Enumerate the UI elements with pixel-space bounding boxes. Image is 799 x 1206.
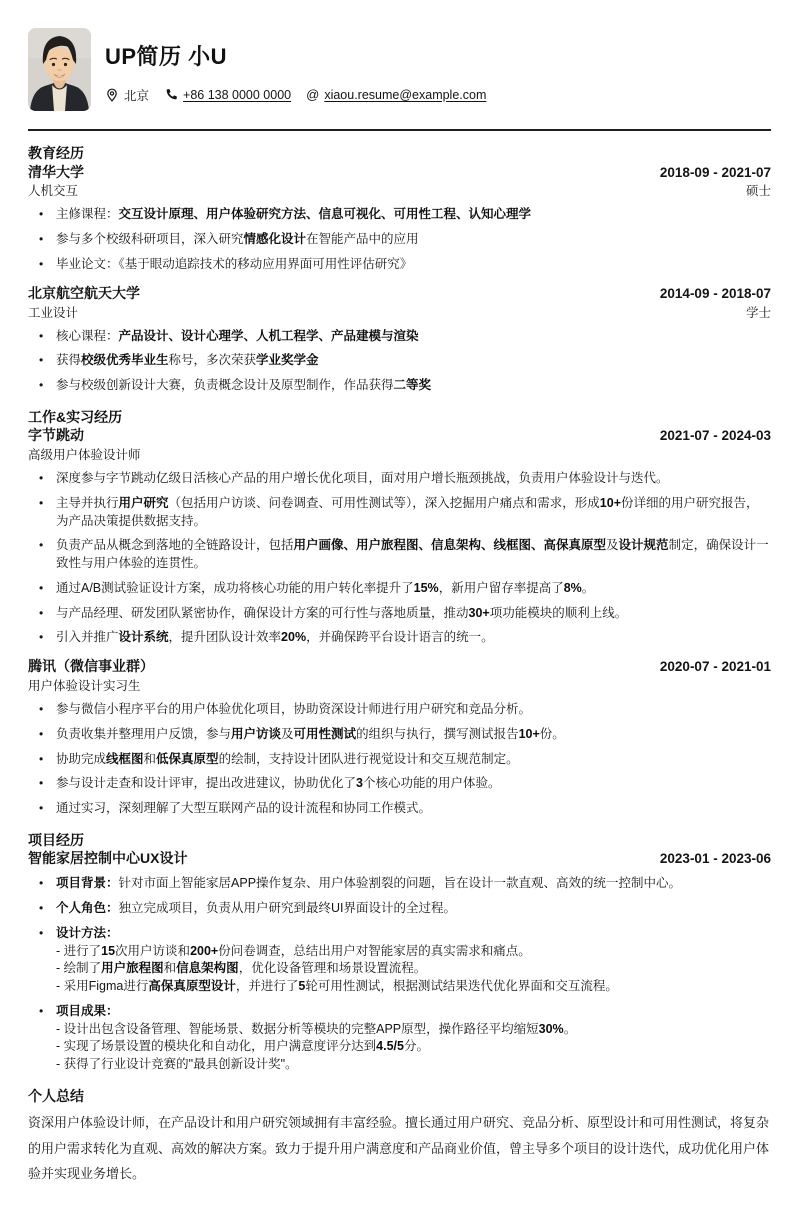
candidate-name: UP简历 小U <box>105 40 486 71</box>
resume-header: UP简历 小U 北京 <box>28 28 771 111</box>
section-title-work: 工作&实习经历 <box>28 409 771 427</box>
section-title-education: 教育经历 <box>28 145 771 163</box>
at-icon: @ <box>306 88 319 102</box>
education-entry-beihang: 北京航空航天大学 2014-09 - 2018-07 工业设计 学士 核心课程：… <box>28 285 771 395</box>
bullet-item: 负责收集并整理用户反馈，参与用户访谈及可用性测试的组织与执行，撰写测试报告10+… <box>28 726 771 744</box>
contact-row: 北京 +86 138 0000 0000 @ xiaou.resume@exam… <box>105 86 486 104</box>
bullet-item: 与产品经理、研发团队紧密协作，确保设计方案的可行性与落地质量，推动30+项功能模… <box>28 605 771 623</box>
bullet-list: 参与微信小程序平台的用户体验优化项目，协助资深设计师进行用户研究和竞品分析。负责… <box>28 701 771 818</box>
bullet-item: 参与微信小程序平台的用户体验优化项目，协助资深设计师进行用户研究和竞品分析。 <box>28 701 771 719</box>
bullet-item: 主修课程：交互设计原理、用户体验研究方法、信息可视化、可用性工程、认知心理学 <box>28 206 771 224</box>
work-section: 工作&实习经历 字节跳动 2021-07 - 2024-03 高级用户体验设计师… <box>28 409 771 818</box>
job-title: 高级用户体验设计师 <box>28 447 141 463</box>
work-entry-tencent: 腾讯（微信事业群） 2020-07 - 2021-01 用户体验设计实习生 参与… <box>28 658 771 818</box>
company-name: 字节跳动 <box>28 427 84 445</box>
bullet-item: 项目背景：针对市面上智能家居APP操作复杂、用户体验割裂的问题，旨在设计一款直观… <box>28 875 771 893</box>
bullet-item: 获得校级优秀毕业生称号，多次荣获学业奖学金 <box>28 352 771 370</box>
phone-icon <box>164 88 178 102</box>
bullet-item: 协助完成线框图和低保真原型的绘制，支持设计团队进行视觉设计和交互规范制定。 <box>28 751 771 769</box>
section-title-projects: 项目经历 <box>28 832 771 850</box>
date-range: 2018-09 - 2021-07 <box>660 164 771 181</box>
bullet-list: 项目背景：针对市面上智能家居APP操作复杂、用户体验割裂的问题，旨在设计一款直观… <box>28 875 771 1074</box>
bullet-subline: - 实现了场景设置的模块化和自动化，用户满意度评分达到4.5/5分。 <box>56 1038 771 1056</box>
section-title-summary: 个人总结 <box>28 1088 771 1106</box>
education-section: 教育经历 清华大学 2018-09 - 2021-07 人机交互 硕士 主修课程… <box>28 145 771 395</box>
bullet-subline: - 获得了行业设计竞赛的"最具创新设计奖"。 <box>56 1056 771 1074</box>
date-range: 2023-01 - 2023-06 <box>660 850 771 867</box>
bullet-list: 主修课程：交互设计原理、用户体验研究方法、信息可视化、可用性工程、认知心理学参与… <box>28 206 771 273</box>
date-range: 2014-09 - 2018-07 <box>660 285 771 302</box>
bullet-subline: - 设计出包含设备管理、智能场景、数据分析等模块的完整APP原型，操作路径平均缩… <box>56 1021 771 1039</box>
summary-section: 个人总结 资深用户体验设计师，在产品设计和用户研究领域拥有丰富经验。擅长通过用户… <box>28 1088 771 1187</box>
header-text-block: UP简历 小U 北京 <box>105 28 486 104</box>
bullet-item: 个人角色：独立完成项目，负责从用户研究到最终UI界面设计的全过程。 <box>28 900 771 918</box>
major-label: 人机交互 <box>28 183 78 199</box>
contact-email: @ xiaou.resume@example.com <box>306 88 486 102</box>
bullet-subline: - 进行了15次用户访谈和200+份问卷调查，总结出用户对智能家居的真实需求和痛… <box>56 943 771 961</box>
bullet-list: 核心课程：产品设计、设计心理学、人机工程学、产品建模与渲染获得校级优秀毕业生称号… <box>28 328 771 395</box>
project-name: 智能家居控制中心UX设计 <box>28 850 187 868</box>
degree-label: 硕士 <box>746 183 771 199</box>
school-name: 清华大学 <box>28 164 84 182</box>
email-link[interactable]: xiaou.resume@example.com <box>324 88 486 102</box>
location-pin-icon <box>105 88 119 102</box>
date-range: 2021-07 - 2024-03 <box>660 427 771 444</box>
work-entry-bytedance: 字节跳动 2021-07 - 2024-03 高级用户体验设计师 深度参与字节跳… <box>28 427 771 647</box>
company-name: 腾讯（微信事业群） <box>28 658 154 676</box>
summary-paragraph: 资深用户体验设计师，在产品设计和用户研究领域拥有丰富经验。擅长通过用户研究、竞品… <box>28 1110 771 1186</box>
project-entry-smart-home: 智能家居控制中心UX设计 2023-01 - 2023-06 项目背景：针对市面… <box>28 850 771 1073</box>
bullet-item: 毕业论文：《基于眼动追踪技术的移动应用界面可用性评估研究》 <box>28 256 771 274</box>
bullet-item: 参与校级创新设计大赛，负责概念设计及原型制作，作品获得二等奖 <box>28 377 771 395</box>
date-range: 2020-07 - 2021-01 <box>660 658 771 675</box>
bullet-item: 通过实习，深刻理解了大型互联网产品的设计流程和协同工作模式。 <box>28 800 771 818</box>
school-name: 北京航空航天大学 <box>28 285 140 303</box>
location-label: 北京 <box>124 86 149 104</box>
bullet-item: 引入并推广设计系统，提升团队设计效率20%，并确保跨平台设计语言的统一。 <box>28 629 771 647</box>
education-entry-tsinghua: 清华大学 2018-09 - 2021-07 人机交互 硕士 主修课程：交互设计… <box>28 164 771 274</box>
bullet-item: 核心课程：产品设计、设计心理学、人机工程学、产品建模与渲染 <box>28 328 771 346</box>
resume-page: UP简历 小U 北京 <box>0 0 799 1206</box>
bullet-subline: - 绘制了用户旅程图和信息架构图，优化设备管理和场景设置流程。 <box>56 960 771 978</box>
degree-label: 学士 <box>746 305 771 321</box>
contact-phone: +86 138 0000 0000 <box>164 88 291 102</box>
bullet-list: 深度参与字节跳动亿级日活核心产品的用户增长优化项目，面对用户增长瓶颈挑战，负责用… <box>28 470 771 647</box>
job-title: 用户体验设计实习生 <box>28 678 141 694</box>
bullet-item: 项目成果：- 设计出包含设备管理、智能场景、数据分析等模块的完整APP原型，操作… <box>28 1003 771 1074</box>
bullet-item: 设计方法：- 进行了15次用户访谈和200+份问卷调查，总结出用户对智能家居的真… <box>28 925 771 996</box>
bullet-item: 负责产品从概念到落地的全链路设计，包括用户画像、用户旅程图、信息架构、线框图、高… <box>28 537 771 573</box>
projects-section: 项目经历 智能家居控制中心UX设计 2023-01 - 2023-06 项目背景… <box>28 832 771 1074</box>
bullet-subline: - 采用Figma进行高保真原型设计，并进行了5轮可用性测试，根据测试结果迭代优… <box>56 978 771 996</box>
contact-location: 北京 <box>105 86 149 104</box>
bullet-item: 参与多个校级科研项目，深入研究情感化设计在智能产品中的应用 <box>28 231 771 249</box>
bullet-item: 参与设计走查和设计评审，提出改进建议，协助优化了3个核心功能的用户体验。 <box>28 775 771 793</box>
profile-photo-illustration <box>28 28 91 111</box>
phone-link[interactable]: +86 138 0000 0000 <box>183 88 291 102</box>
bullet-item: 通过A/B测试验证设计方案，成功将核心功能的用户转化率提升了15%，新用户留存率… <box>28 580 771 598</box>
major-label: 工业设计 <box>28 305 78 321</box>
profile-photo <box>28 28 91 111</box>
bullet-item: 主导并执行用户研究（包括用户访谈、问卷调查、可用性测试等），深入挖掘用户痛点和需… <box>28 495 771 531</box>
header-divider <box>28 129 771 131</box>
bullet-item: 深度参与字节跳动亿级日活核心产品的用户增长优化项目，面对用户增长瓶颈挑战，负责用… <box>28 470 771 488</box>
